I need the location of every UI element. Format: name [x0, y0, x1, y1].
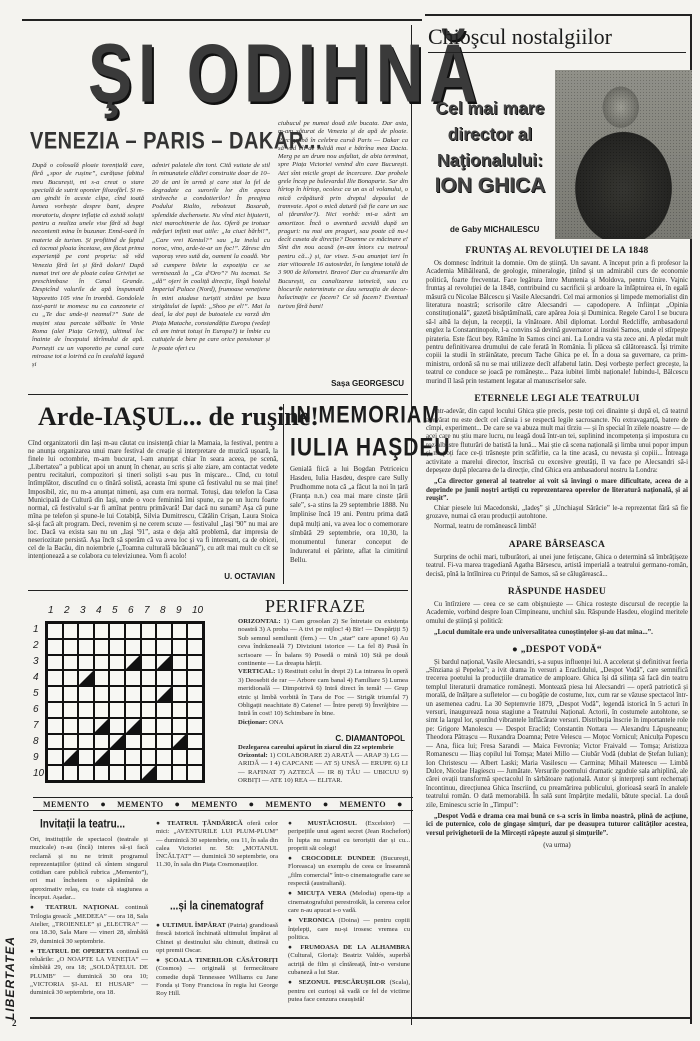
crossword-cell[interactable]	[156, 655, 172, 671]
crossword-cell[interactable]	[141, 765, 157, 781]
theatre-column-2: ● TEATRUL ȚĂNDĂRICĂ oferă celor mici: „A…	[156, 818, 278, 880]
column-number: 9	[176, 605, 182, 616]
chioscul-rubric-rule	[428, 52, 686, 53]
crossword-cell[interactable]	[187, 655, 203, 671]
crossword-cell[interactable]	[109, 702, 125, 718]
bottom-rule	[30, 1017, 692, 1019]
crossword-cell[interactable]	[141, 639, 157, 655]
crossword-cell[interactable]	[172, 734, 188, 750]
crossword-cell[interactable]	[141, 749, 157, 765]
memento-item-name: TEATRUL NAȚIONAL	[46, 904, 119, 911]
crossword-cell[interactable]	[187, 749, 203, 765]
crossword-cell[interactable]	[94, 765, 110, 781]
memento-item-name: CROCODILE DUNDEE	[301, 855, 375, 862]
row-number: 5	[33, 688, 39, 699]
crossword-cell[interactable]	[187, 686, 203, 702]
crossword-cell[interactable]	[78, 670, 94, 686]
crossword-cell[interactable]	[63, 686, 79, 702]
section-divider-2	[28, 590, 408, 591]
section-body: Os domnesc îndrituit la domnie. Om de șt…	[426, 260, 688, 386]
top-rule-right	[425, 14, 690, 16]
vertical-clues: 1) Restituit celui în drept 2) La intrar…	[238, 668, 408, 717]
section-quote: „Locul dumitale era unde universalitatea…	[426, 628, 688, 636]
crossword-cell[interactable]	[78, 655, 94, 671]
memento-item: ● TEATRUL NAȚIONAL continuă Trilogia gre…	[30, 904, 148, 945]
crossword-cell[interactable]	[125, 670, 141, 686]
section-body: Și bardul național, Vasile Alecsandri, s…	[426, 659, 688, 810]
solution-title: Dezlegarea careului apărut în ziarul din…	[238, 744, 394, 751]
memento-item: ● SEZONUL PESCĂRUȘILOR (Scala), pentru c…	[288, 979, 410, 1004]
crossword-cell[interactable]	[78, 749, 94, 765]
crossword-cell[interactable]	[63, 639, 79, 655]
column-number: 3	[80, 605, 86, 616]
crossword-cell[interactable]	[94, 670, 110, 686]
crossword-cell[interactable]	[141, 718, 157, 734]
crossword-cell[interactable]	[125, 749, 141, 765]
section-title: APARE BÂRSEASCA	[426, 540, 688, 550]
cinema-column-2: ● MUSTĂCIOSUL (Excelsior) — peripețiile …	[288, 818, 410, 1024]
memoriam-divider	[283, 404, 284, 584]
crossword-cell[interactable]	[94, 749, 110, 765]
crossword-cell[interactable]	[94, 718, 110, 734]
cinema-title: ...și la cinematograf	[170, 900, 263, 913]
column-number: 4	[96, 605, 102, 616]
crossword-cell[interactable]	[94, 639, 110, 655]
memento-item-text: (Cosmos) — originală și fermecătoare com…	[156, 965, 278, 997]
bullet-icon: ●	[323, 799, 329, 809]
memento-label: MEMENTO	[117, 800, 163, 809]
crossword-cell[interactable]	[47, 702, 63, 718]
crossword-cell[interactable]	[47, 655, 63, 671]
crossword-cell[interactable]	[47, 765, 63, 781]
travel-article-col2: admiri palatele din toni. Cită vuitate d…	[152, 162, 270, 380]
ghica-title-line: Cel mai mare	[426, 95, 554, 121]
travel-article-col1: După o colosală ploaie torențială care, …	[32, 162, 144, 380]
crossword-cell[interactable]	[109, 718, 125, 734]
ghica-byline: de Gaby MICHAILESCU	[450, 225, 539, 234]
crossword-cell[interactable]	[47, 670, 63, 686]
crossword-cell[interactable]	[125, 686, 141, 702]
section-quote: „Despot Vodă e drama cea mai bună ce s-a…	[426, 812, 688, 837]
crossword-cell[interactable]	[141, 686, 157, 702]
memento-item-name: ULTIMUL ÎMPĂRAT	[162, 922, 226, 929]
ghica-title: Cel mai maredirector alNaţionalului:ION …	[426, 95, 554, 199]
section-body: Într-adevăr, din capul locului Ghica ști…	[426, 408, 688, 475]
row-number: 8	[33, 736, 39, 747]
travel-article-author: Sașa GEORGESCU	[300, 379, 404, 388]
memento-item-text: oferă celor mici: „AVENTURILE LUI PLUM-P…	[156, 820, 278, 868]
newspaper-brand: LIBERTATEA	[3, 940, 17, 1020]
section-closing: Normal, teatru de românească limbă!	[426, 523, 688, 531]
crossword-cell[interactable]	[156, 623, 172, 639]
crossword-cell[interactable]	[172, 765, 188, 781]
crossword-cell[interactable]	[94, 702, 110, 718]
crossword-cell[interactable]	[63, 655, 79, 671]
crossword-cell[interactable]	[187, 639, 203, 655]
memento-item-text: continuă cu reluările: „O NOAPTE LA VENE…	[30, 948, 148, 996]
crossword-cell[interactable]	[109, 639, 125, 655]
theatre-intro: Ori, instituțiile de spectacol (teatrale…	[30, 836, 148, 902]
iasi-article-author: U. OCTAVIAN	[180, 572, 275, 581]
memento-item: ● ȘCOALA TINERILOR CĂSĂTORIȚI (Cosmos) —…	[156, 957, 278, 998]
memento-item-name: TEATRUL DE OPERETA	[37, 948, 114, 955]
crossword-cell[interactable]	[78, 765, 94, 781]
to-be-continued: (va urma)	[426, 841, 688, 849]
ghica-title-line: director al	[426, 121, 554, 147]
memento-item: ● FRUMOASA DE LA ALHAMBRA (Cultural, Glo…	[288, 944, 410, 977]
ghica-title-line: ION GHICA	[426, 173, 554, 199]
memento-label: MEMENTO	[191, 800, 237, 809]
memento-item-name: ȘCOALA TINERILOR CĂSĂTORIȚI	[165, 957, 278, 964]
memento-item-name: SEZONUL PESCĂRUȘILOR	[299, 979, 386, 986]
memento-item-name: FRUMOASA DE LA ALHAMBRA	[300, 944, 410, 951]
bullet-icon: ●	[249, 799, 255, 809]
crossword-cell[interactable]	[63, 765, 79, 781]
crossword-solution: Dezlegarea careului apărut în ziarul din…	[238, 744, 408, 785]
column-number: 5	[112, 605, 118, 616]
crossword-cell[interactable]	[172, 639, 188, 655]
crossword-cell[interactable]	[172, 702, 188, 718]
crossword-cell[interactable]	[172, 718, 188, 734]
crossword-cell[interactable]	[47, 686, 63, 702]
crossword-cell[interactable]	[187, 670, 203, 686]
crossword-cell[interactable]	[94, 655, 110, 671]
memento-item-text: (Cultural, Gloria): Beatriz Valdés, supe…	[288, 952, 410, 976]
crossword-cell[interactable]	[78, 623, 94, 639]
crossword-cell[interactable]	[141, 702, 157, 718]
crossword-cell[interactable]	[94, 734, 110, 750]
crossword-cell[interactable]	[172, 749, 188, 765]
crossword-cell[interactable]	[156, 686, 172, 702]
crossword-cell[interactable]	[78, 702, 94, 718]
crossword-cell[interactable]	[172, 655, 188, 671]
row-number: 4	[33, 672, 39, 683]
ghica-title-line: Naţionalului:	[426, 147, 554, 173]
crossword-cell[interactable]	[63, 670, 79, 686]
crossword-cell[interactable]	[109, 655, 125, 671]
crossword-cell[interactable]	[187, 734, 203, 750]
memoriam-body: Genială fiică a lui Bogdan Petriceicu Ha…	[290, 465, 408, 585]
crossword-cell[interactable]	[78, 639, 94, 655]
crossword-cell[interactable]	[156, 702, 172, 718]
row-number: 2	[33, 640, 39, 651]
memento-label: MEMENTO	[43, 800, 89, 809]
row-number: 9	[33, 752, 39, 763]
crossword-cell[interactable]	[47, 749, 63, 765]
section-title: ● „DESPOT VODĂ“	[426, 645, 688, 655]
crossword-cell[interactable]	[63, 718, 79, 734]
column-divider-main	[411, 25, 412, 1025]
page-number: 2	[12, 1018, 17, 1028]
vertical-label: VERTICAL:	[238, 668, 275, 675]
section-after: Chiar piesele lui Macedonski, „Iadeș” și…	[426, 505, 688, 522]
crossword-cell[interactable]	[156, 765, 172, 781]
crossword-cell[interactable]	[63, 702, 79, 718]
crossword-cell[interactable]	[141, 623, 157, 639]
crossword-cell[interactable]	[125, 718, 141, 734]
section-title: FRUNTAŞ AL REVOLUŢIEI DE LA 1848	[426, 246, 688, 256]
crossword-cell[interactable]	[109, 670, 125, 686]
crossword-cell[interactable]	[78, 686, 94, 702]
section-quote: „Ca director general al teatrelor ai voi…	[426, 477, 688, 502]
theatre-title: Invitații la teatru...	[40, 818, 125, 831]
memento-item-name: TEATRUL ȚĂNDĂRICĂ	[167, 820, 243, 827]
chioscul-rubric: Chioşcul nostalgiilor	[428, 24, 612, 50]
crossword-cell[interactable]	[187, 765, 203, 781]
crossword-cell[interactable]	[63, 734, 79, 750]
memento-item: ● MUSTĂCIOSUL (Excelsior) — peripețiile …	[288, 820, 410, 853]
crossword-cell[interactable]	[172, 670, 188, 686]
crossword-cell[interactable]	[141, 655, 157, 671]
travel-article-col3: ciubucul pe numai două zile bucata. Dar …	[278, 120, 408, 376]
iasi-article-title: Arde-IAŞUL... de ruşine!	[38, 402, 319, 432]
crossword-cell[interactable]	[109, 765, 125, 781]
crossword-clues: ORIZONTAL: 1) Cam grosolan 2) Se întreta…	[238, 618, 408, 727]
crossword-cell[interactable]	[47, 718, 63, 734]
crossword-cell[interactable]	[78, 718, 94, 734]
crossword-cell[interactable]	[78, 734, 94, 750]
dictionary-value: ONA	[269, 719, 284, 726]
crossword-cell[interactable]	[156, 749, 172, 765]
crossword-author: C. DIAMANTOPOL	[300, 734, 405, 743]
row-number: 1	[33, 624, 39, 635]
bullet-icon: ●	[175, 799, 181, 809]
section-divider-1	[28, 394, 408, 395]
top-rule-left	[22, 19, 422, 21]
crossword-title: PERIFRAZE	[265, 596, 366, 617]
bullet-icon: ●	[100, 799, 106, 809]
row-number: 3	[33, 656, 39, 667]
section-body: Surprins de ochii mari, tulburători, ai …	[426, 554, 688, 579]
crossword-cell[interactable]	[141, 670, 157, 686]
memento-bar: MEMENTO●MEMENTO●MEMENTO●MEMENTO●MEMENTO●	[33, 797, 413, 811]
crossword-cell[interactable]	[47, 639, 63, 655]
crossword-cell[interactable]	[156, 670, 172, 686]
crossword-cell[interactable]	[156, 734, 172, 750]
memento-item: ● ULTIMUL ÎMPĂRAT (Patria) grandioasă fr…	[156, 922, 278, 955]
section-title: ETERNELE LEGI ALE TEATRULUI	[426, 394, 688, 404]
crossword-cell[interactable]	[187, 702, 203, 718]
memento-item-name: MICUȚA VERA	[297, 890, 346, 897]
column-number: 2	[64, 605, 70, 616]
bullet-icon: ●	[397, 799, 403, 809]
crossword-cell[interactable]	[47, 623, 63, 639]
horizontal-clues: 1) Cam grosolan 2) Se întretaie cu exist…	[238, 618, 408, 667]
crossword-cell[interactable]	[156, 639, 172, 655]
chioscul-body: FRUNTAŞ AL REVOLUŢIEI DE LA 1848Os domne…	[426, 246, 688, 1014]
crossword-cell[interactable]	[125, 639, 141, 655]
iasi-article-body: Cînd organizatorii din Iași m-au căutat …	[28, 440, 278, 578]
crossword-cell[interactable]	[109, 686, 125, 702]
crossword-cell[interactable]	[94, 623, 110, 639]
crossword-grid[interactable]	[45, 621, 205, 783]
crossword-cell[interactable]	[125, 623, 141, 639]
crossword-cell[interactable]	[94, 686, 110, 702]
solution-label: Orizontal:	[238, 752, 268, 759]
memoriam-title-1: IN MEMORIAM	[290, 402, 440, 430]
row-number: 6	[33, 704, 39, 715]
crossword-cell[interactable]	[125, 655, 141, 671]
crossword-cell[interactable]	[109, 734, 125, 750]
memento-item: ● MICUȚA VERA (Melodia) opera-tip a cine…	[288, 890, 410, 915]
memento-item: ● CROCODILE DUNDEE (București, Floreasca…	[288, 855, 410, 888]
crossword-cell[interactable]	[172, 623, 188, 639]
crossword-cell[interactable]	[125, 765, 141, 781]
section-body: Cu întîrziere — ceea ce se cam obișnuieș…	[426, 601, 688, 626]
section-title: RĂSPUNDE HASDEU	[426, 587, 688, 597]
theatre-column: Ori, instituțiile de spectacol (teatrale…	[30, 836, 148, 1026]
headline: ŞI ODIHNĂ	[88, 25, 483, 120]
crossword-cell[interactable]	[187, 718, 203, 734]
row-number: 7	[33, 720, 39, 731]
column-number: 7	[144, 605, 150, 616]
memento-label: MEMENTO	[265, 800, 311, 809]
crossword-cell[interactable]	[125, 702, 141, 718]
crossword-cell[interactable]	[187, 623, 203, 639]
memento-item: ● VERONICA (Doina) — pentru copiii înțel…	[288, 917, 410, 942]
memento-item: ● TEATRUL ȚĂNDĂRICĂ oferă celor mici: „A…	[156, 820, 278, 870]
crossword-cell[interactable]	[156, 718, 172, 734]
row-number: 10	[33, 768, 44, 779]
crossword-cell[interactable]	[63, 623, 79, 639]
crossword-cell[interactable]	[47, 734, 63, 750]
dictionary-label: Dicționar:	[238, 719, 267, 726]
horizontal-label: ORIZONTAL:	[238, 618, 281, 625]
memento-item-name: VERONICA	[299, 917, 335, 924]
ion-ghica-portrait	[555, 70, 692, 239]
column-number: 10	[192, 605, 203, 616]
column-number: 6	[128, 605, 134, 616]
column-number: 8	[160, 605, 166, 616]
crossword-cell[interactable]	[109, 623, 125, 639]
cinema-column-1: ● ULTIMUL ÎMPĂRAT (Patria) grandioasă fr…	[156, 920, 278, 1024]
memento-item-name: MUSTĂCIOSUL	[308, 820, 357, 827]
crossword-cell[interactable]	[172, 686, 188, 702]
crossword-cell[interactable]	[109, 749, 125, 765]
memento-label: MEMENTO	[340, 800, 386, 809]
crossword-cell[interactable]	[125, 734, 141, 750]
crossword-cell[interactable]	[63, 749, 79, 765]
column-number: 1	[48, 605, 54, 616]
crossword-cell[interactable]	[141, 734, 157, 750]
memento-item: ● TEATRUL DE OPERETA continuă cu reluări…	[30, 948, 148, 998]
